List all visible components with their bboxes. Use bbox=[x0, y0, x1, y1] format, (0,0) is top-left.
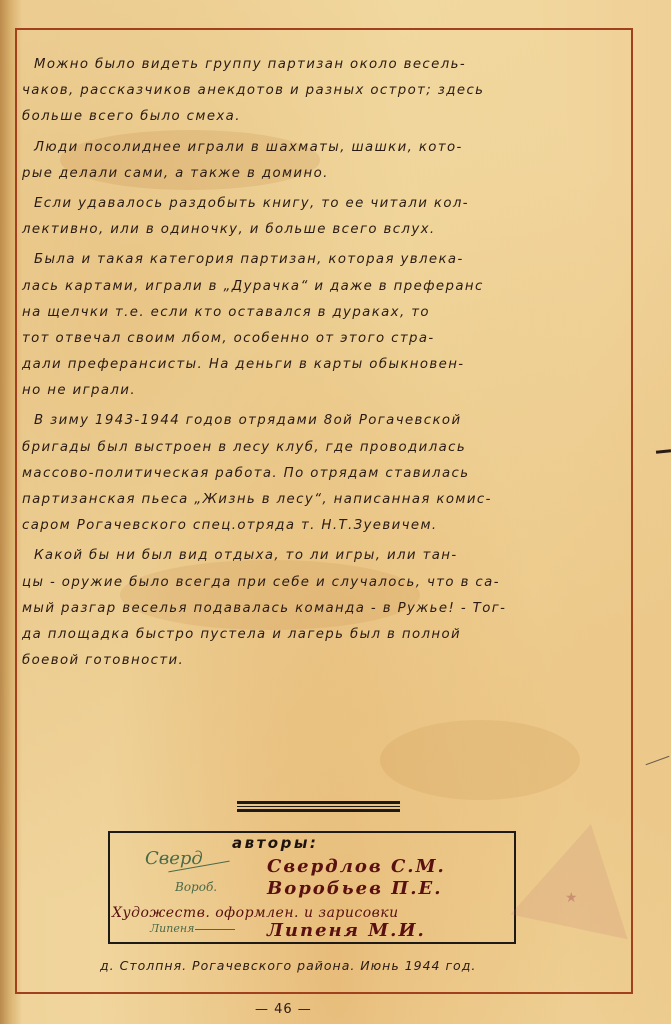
signature-lipenya: Липеня bbox=[150, 922, 194, 935]
signature-stroke bbox=[195, 929, 235, 930]
text-line: но не играли. bbox=[22, 378, 622, 404]
text-line: рые делали сами, а также в домино. bbox=[22, 161, 622, 187]
paragraph: Была и такая категория партизан, которая… bbox=[22, 247, 622, 404]
text-line: Если удавалось раздобыть книгу, то ее чи… bbox=[22, 191, 622, 217]
margin-mark bbox=[646, 756, 670, 765]
decorative-divider bbox=[237, 801, 400, 812]
text-line: мый разгар веселья подавалась команда - … bbox=[22, 596, 622, 622]
authors-heading: авторы: bbox=[232, 834, 318, 852]
text-line: саром Рогачевского спец.отряда т. Н.Т.Зу… bbox=[22, 513, 622, 539]
text-line: Люди посолиднее играли в шахматы, шашки,… bbox=[22, 135, 622, 161]
page-number: — 46 — bbox=[255, 1002, 312, 1017]
text-line: да площадка быстро пустела и лагерь был … bbox=[22, 622, 622, 648]
star-icon: ★ bbox=[565, 890, 578, 906]
text-line: больше всего было смеха. bbox=[22, 104, 622, 130]
text-line: партизанская пьеса „Жизнь в лесу“, напис… bbox=[22, 487, 622, 513]
paragraph: Если удавалось раздобыть книгу, то ее чи… bbox=[22, 191, 622, 243]
text-line: Была и такая категория партизан, которая… bbox=[22, 247, 622, 273]
signature-vorobyev: Вороб. bbox=[175, 880, 217, 894]
text-line: Какой бы ни был вид отдыха, то ли игры, … bbox=[22, 543, 622, 569]
illustration-credit-label: Художеств. оформлен. и зарисовки bbox=[112, 905, 399, 921]
document-body: Можно было видеть группу партизан около … bbox=[22, 52, 622, 674]
place-and-date: д. Столпня. Рогачевского района. Июнь 19… bbox=[100, 958, 476, 973]
text-line: лективно, или в одиночку, и больше всего… bbox=[22, 217, 622, 243]
text-line: на щелчки т.е. если кто оставался в дура… bbox=[22, 300, 622, 326]
paragraph: Можно было видеть группу партизан около … bbox=[22, 52, 622, 131]
text-line: массово-политическая работа. По отрядам … bbox=[22, 461, 622, 487]
text-line: лась картами, играли в „Дурачка“ и даже … bbox=[22, 274, 622, 300]
text-line: В зиму 1943-1944 годов отрядами 8ой Рога… bbox=[22, 408, 622, 434]
paragraph: В зиму 1943-1944 годов отрядами 8ой Рога… bbox=[22, 408, 622, 539]
margin-mark bbox=[656, 449, 671, 454]
author-name: Свердлов С.М. bbox=[267, 856, 446, 877]
text-line: дали преферансисты. На деньги в карты об… bbox=[22, 352, 622, 378]
text-line: боевой готовности. bbox=[22, 648, 622, 674]
text-line: бригады был выстроен в лесу клуб, где пр… bbox=[22, 435, 622, 461]
text-line: Можно было видеть группу партизан около … bbox=[22, 52, 622, 78]
text-line: тот отвечал своим лбом, особенно от этог… bbox=[22, 326, 622, 352]
text-line: цы - оружие было всегда при себе и случа… bbox=[22, 570, 622, 596]
illustrator-name: Липеня М.И. bbox=[267, 920, 426, 941]
paragraph: Какой бы ни был вид отдыха, то ли игры, … bbox=[22, 543, 622, 674]
text-line: чаков, рассказчиков анекдотов и разных о… bbox=[22, 78, 622, 104]
author-name: Воробьев П.Е. bbox=[267, 878, 442, 899]
paragraph: Люди посолиднее играли в шахматы, шашки,… bbox=[22, 135, 622, 187]
